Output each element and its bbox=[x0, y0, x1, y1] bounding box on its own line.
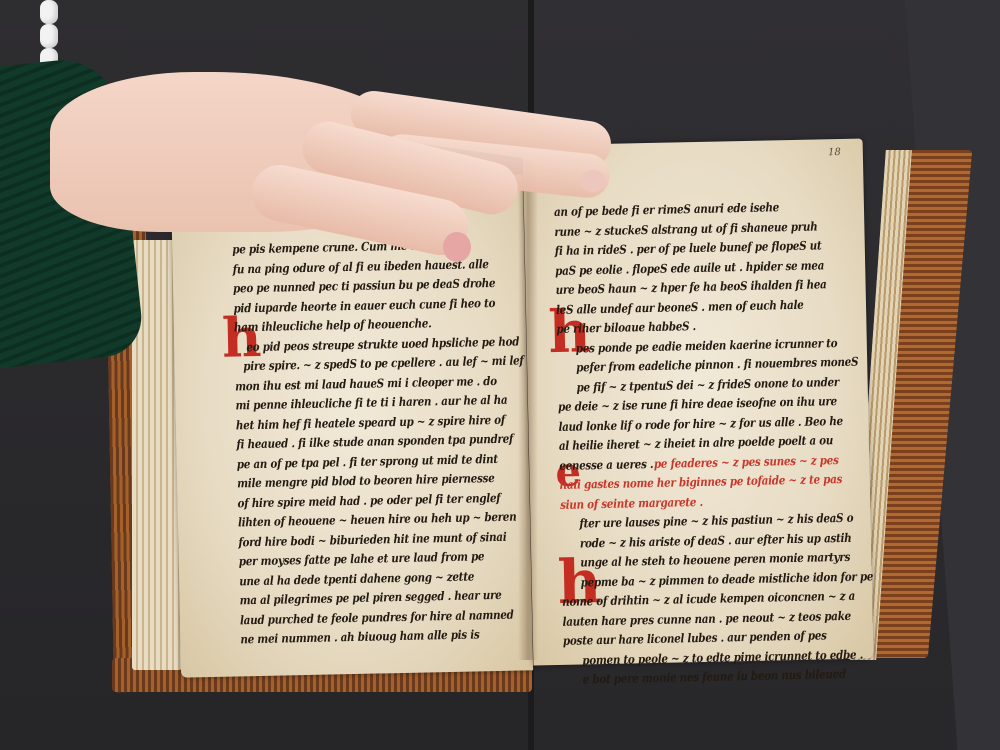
right-page-text: an of pe bede fi er rimeS anuri ede iseh… bbox=[554, 195, 926, 690]
hand bbox=[50, 72, 610, 262]
fingernail bbox=[580, 170, 606, 192]
fingernail bbox=[443, 232, 471, 262]
folio-number: 18 bbox=[828, 147, 841, 158]
